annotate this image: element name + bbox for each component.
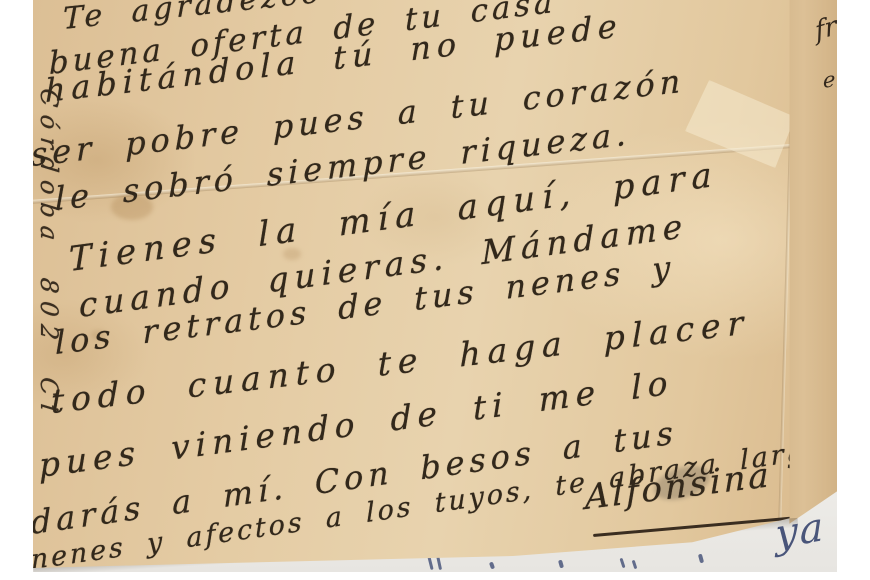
edge-fragment-top: fr: [813, 11, 837, 47]
blue-ink-stroke: [489, 562, 495, 570]
edge-fragment-mid: e: [823, 67, 835, 93]
letter-paper: Córdoba 802 Ci Te agradezco buena oferta…: [33, 0, 837, 572]
blue-ink-stroke: [620, 558, 626, 568]
blue-ink-fragment: ya: [775, 503, 826, 558]
fold-flap-highlight: [685, 80, 795, 168]
blue-ink-stroke: [632, 560, 638, 569]
letter-photo: fr e Córdoba 802 Ci Te agradezco buena o…: [33, 0, 837, 572]
blue-ink-stroke: [698, 554, 704, 564]
blue-ink-stroke: [558, 560, 564, 569]
screenshot-root: fr e Córdoba 802 Ci Te agradezco buena o…: [0, 0, 870, 580]
